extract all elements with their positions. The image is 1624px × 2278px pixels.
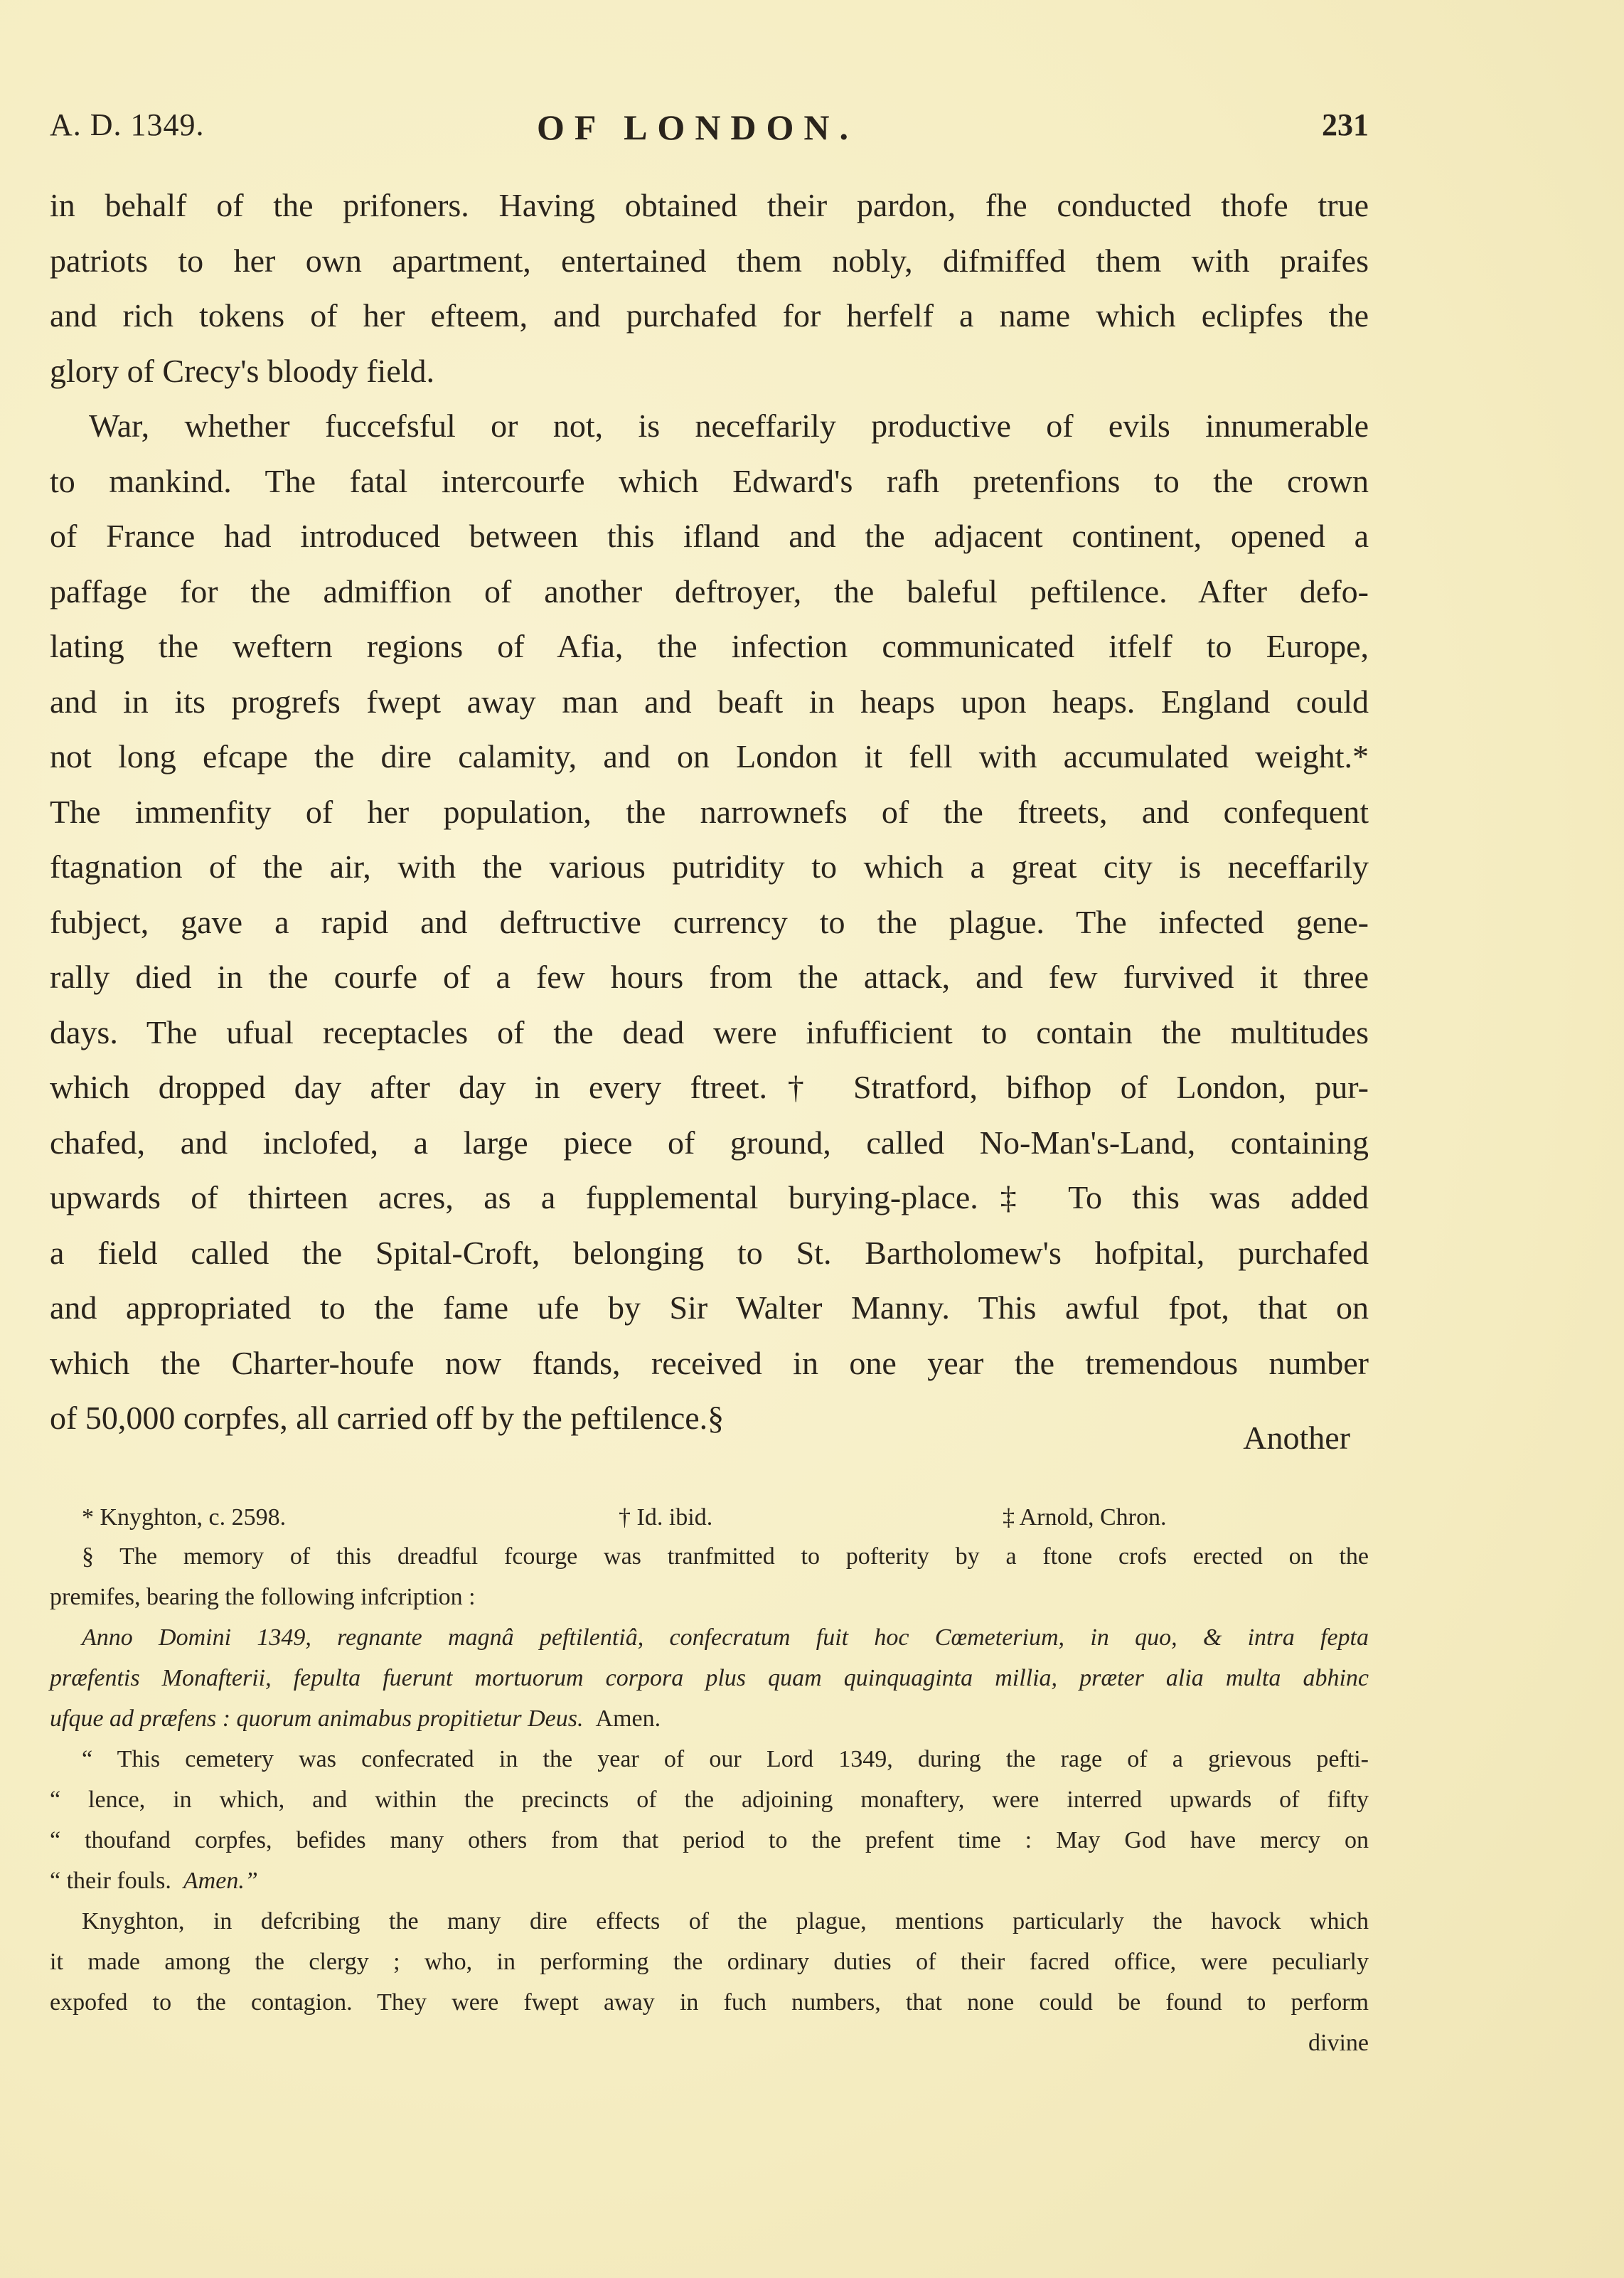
footnote-asterisk: * Knyghton, c. 2598. <box>82 1497 286 1538</box>
footnote-references: * Knyghton, c. 2598. † Id. ibid. ‡ Arnol… <box>50 1497 1369 1533</box>
latin-inscription-line: Anno Domini 1349, regnante magnâ peftile… <box>50 1617 1369 1658</box>
text-line: upwards of thirteen acres, as a fuppleme… <box>50 1170 1369 1225</box>
text-line: fubject, gave a rapid and deftructive cu… <box>50 895 1369 950</box>
text-line: of France had introduced between this if… <box>50 509 1369 564</box>
footnote-dagger: † Id. ibid. <box>619 1497 712 1538</box>
running-header: A. D. 1349. OF LONDON. 231 <box>50 107 1369 164</box>
latin-inscription-line: ufque ad præfens : quorum animabus propi… <box>50 1698 1369 1739</box>
text-line: glory of Crecy's bloody field. <box>50 344 1369 399</box>
latin-inscription-text: ufque ad præfens : quorum animabus propi… <box>50 1705 584 1732</box>
text-line: not long efcape the dire calamity, and o… <box>50 729 1369 784</box>
page-number: 231 <box>1322 107 1369 143</box>
translation-line: “ This cemetery was confecrated in the y… <box>50 1739 1369 1779</box>
footnote-line: expofed to the contagion. They were fwep… <box>50 1982 1369 2023</box>
paragraph-start-line: War, whether fuccefsful or not, is necef… <box>50 398 1369 454</box>
text-line: a field called the Spital-Croft, belongi… <box>50 1225 1369 1281</box>
text-line: rally died in the courfe of a few hours … <box>50 949 1369 1005</box>
latin-amen: Amen. <box>596 1705 661 1732</box>
main-text: in behalf of the prifoners. Having obtai… <box>50 178 1369 1446</box>
text-line: ftagnation of the air, with the various … <box>50 839 1369 895</box>
header-year: A. D. 1349. <box>50 107 205 143</box>
text-line: and rich tokens of her efteem, and purch… <box>50 288 1369 344</box>
footnote-section: § The memory of this dreadful fcourge wa… <box>50 1536 1369 2063</box>
text-line: and appropriated to the fame ufe by Sir … <box>50 1280 1369 1336</box>
text-line: and in its progrefs fwept away man and b… <box>50 674 1369 730</box>
footnote-line: it made among the clergy ; who, in perfo… <box>50 1942 1369 1982</box>
translation-text: “ their fouls. <box>50 1868 171 1894</box>
footnote-line: premifes, bearing the following infcript… <box>50 1577 1369 1617</box>
translation-line: “ lence, in which, and within the precin… <box>50 1779 1369 1820</box>
footnote-double-dagger: ‡ Arnold, Chron. <box>1003 1497 1166 1538</box>
translation-amen: Amen.” <box>183 1868 258 1894</box>
text-line: lating the weftern regions of Afia, the … <box>50 619 1369 674</box>
text-line: patriots to her own apartment, entertain… <box>50 233 1369 289</box>
book-page: A. D. 1349. OF LONDON. 231 in behalf of … <box>0 0 1624 2278</box>
translation-line: “ their fouls. Amen.” <box>50 1861 1369 1901</box>
text-line: which dropped day after day in every ftr… <box>50 1060 1369 1115</box>
text-line: paffage for the admiffion of another def… <box>50 564 1369 619</box>
text-line: days. The ufual receptacles of the dead … <box>50 1005 1369 1060</box>
translation-line: “ thoufand corpfes, befides many others … <box>50 1820 1369 1861</box>
text-line: chafed, and inclofed, a large piece of g… <box>50 1115 1369 1171</box>
text-line: which the Charter-houfe now ftands, rece… <box>50 1336 1369 1391</box>
text-line: to mankind. The fatal intercourfe which … <box>50 454 1369 509</box>
footnote-line: Knyghton, in defcribing the many dire ef… <box>50 1901 1369 1942</box>
text-line: of 50,000 corpfes, all carried off by th… <box>50 1390 1369 1446</box>
latin-inscription-line: præfentis Monafterii, fepulta fuerunt mo… <box>50 1658 1369 1698</box>
header-title: OF LONDON. <box>537 107 858 148</box>
text-line: in behalf of the prifoners. Having obtai… <box>50 178 1369 233</box>
text-line: The immenfity of her population, the nar… <box>50 784 1369 840</box>
footnote-line: § The memory of this dreadful fcourge wa… <box>50 1536 1369 1577</box>
body-catchword: Another <box>1243 1419 1350 1457</box>
footnote-catchword: divine <box>50 2023 1369 2063</box>
